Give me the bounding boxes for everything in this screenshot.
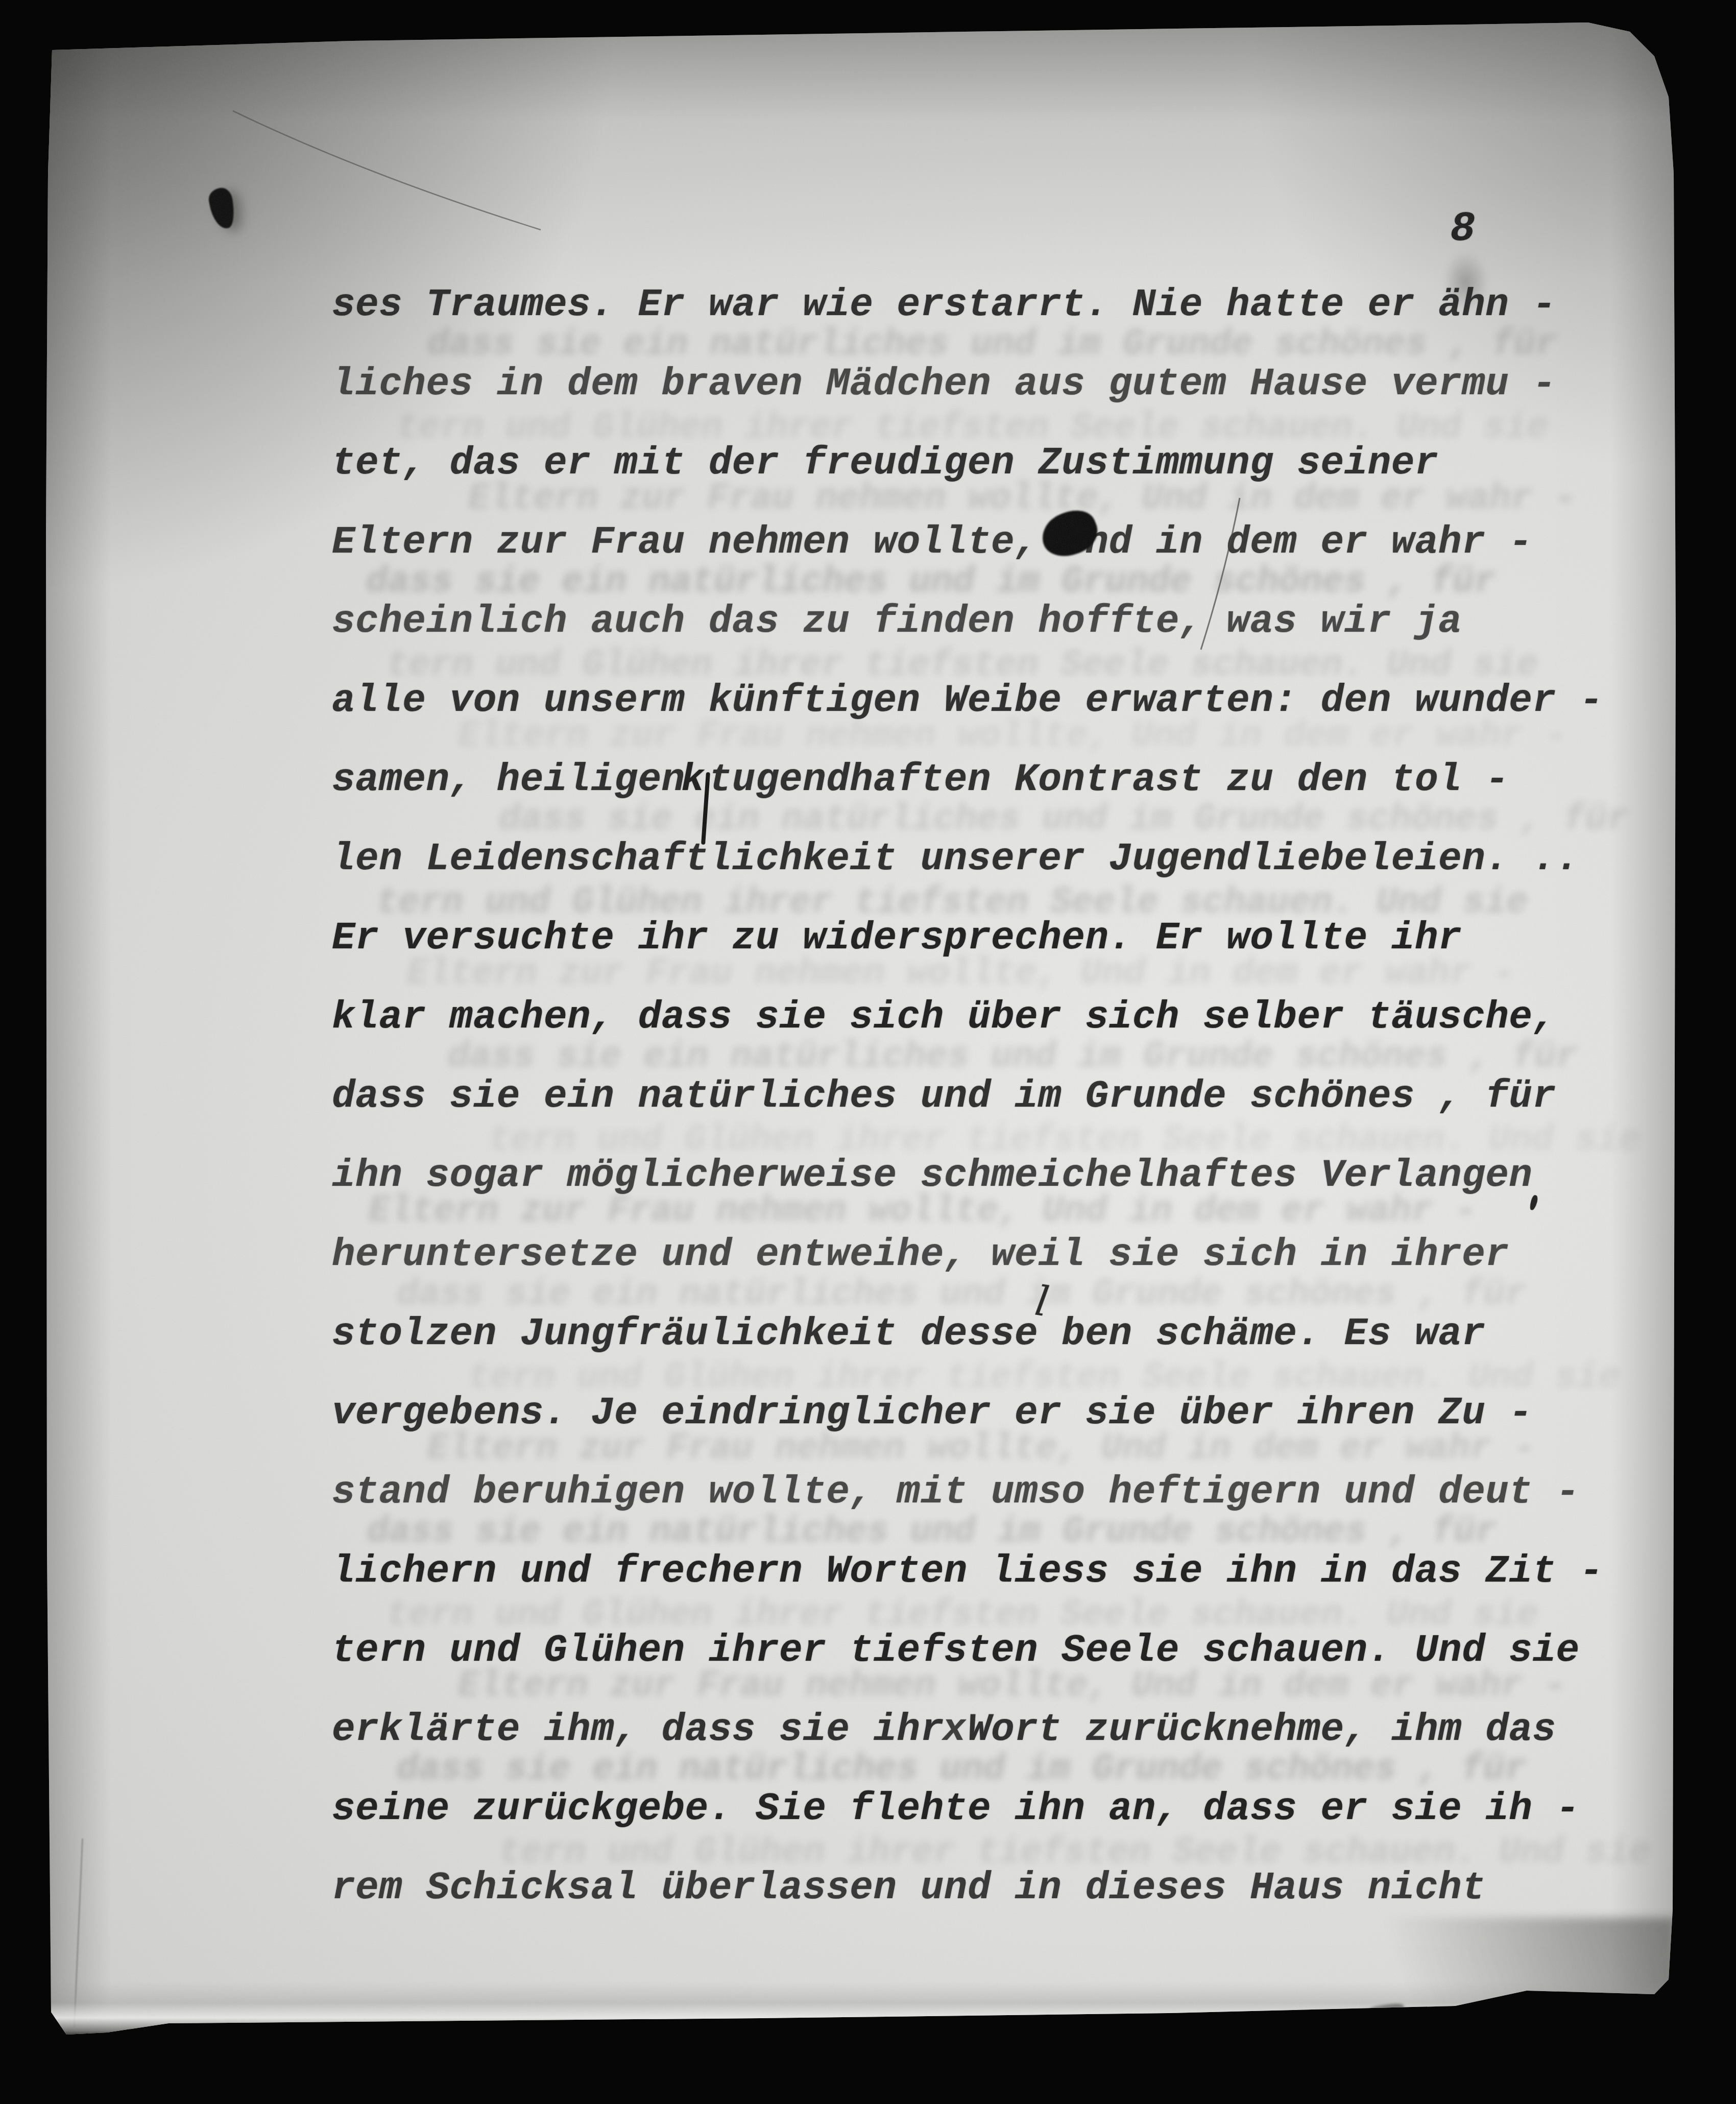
paper-bottom-edge xyxy=(46,1981,1676,2035)
document-page: dass sie ein natürliches und im Grunde s… xyxy=(46,20,1676,2035)
corner-shadow xyxy=(1308,1918,1676,2035)
scratch-lines xyxy=(46,20,1676,2035)
scan-background: dass sie ein natürliches und im Grunde s… xyxy=(0,0,1736,2104)
edge-smudge xyxy=(1412,2014,1430,2022)
